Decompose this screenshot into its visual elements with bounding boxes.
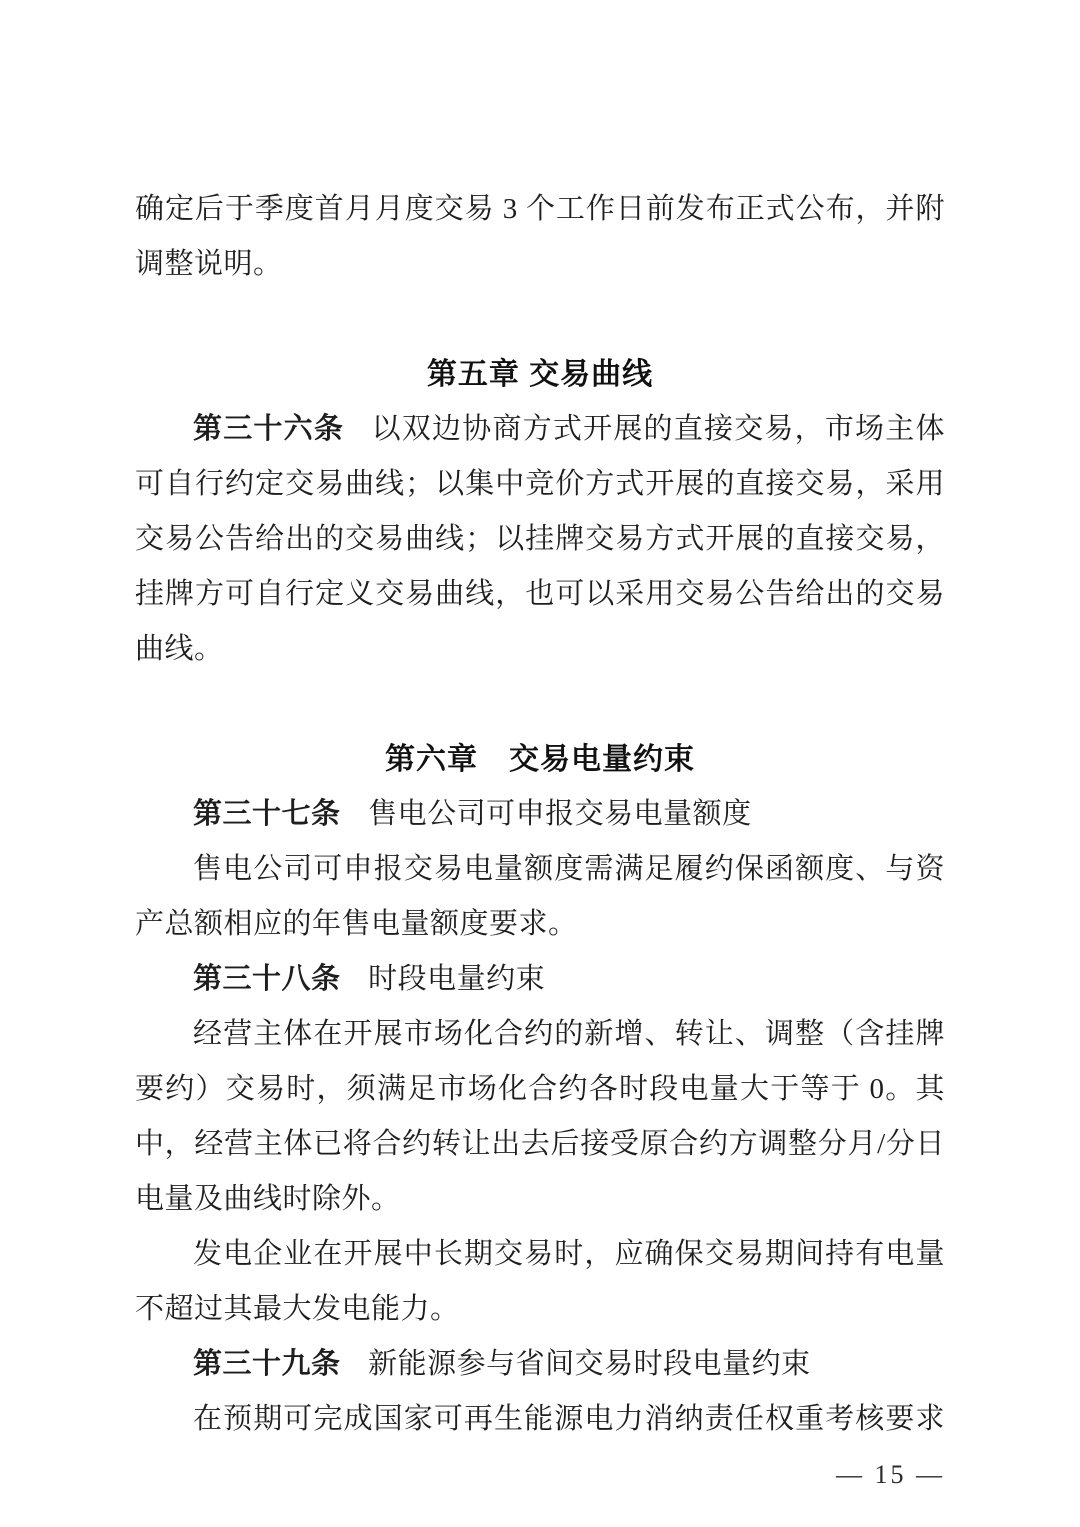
paragraph-body: 经营主体在开展市场化合约的新增、转让、调整（含挂牌要约）交易时，须满足市场化合约… bbox=[135, 1007, 945, 1227]
article-39-paragraph: 第三十九条新能源参与省间交易时段电量约束 bbox=[135, 1337, 945, 1392]
document-page: 确定后于季度首月月度交易 3 个工作日前发布正式公布，并附调整说明。 第五章 交… bbox=[0, 0, 1080, 1527]
article-39-number: 第三十九条 bbox=[193, 1348, 341, 1380]
article-39-text: 新能源参与省间交易时段电量约束 bbox=[368, 1348, 811, 1380]
chapter-heading-5: 第五章 交易曲线 bbox=[135, 347, 945, 402]
article-37-paragraph: 第三十七条售电公司可申报交易电量额度 bbox=[135, 787, 945, 842]
chapter-heading-6: 第六章 交易电量约束 bbox=[135, 732, 945, 787]
article-37-number: 第三十七条 bbox=[193, 798, 341, 830]
article-37-text: 售电公司可申报交易电量额度 bbox=[368, 798, 752, 830]
paragraph-body: 售电公司可申报交易电量额度需满足履约保函额度、与资产总额相应的年售电量额度要求。 bbox=[135, 842, 945, 952]
paragraph-continuation: 确定后于季度首月月度交易 3 个工作日前发布正式公布，并附调整说明。 bbox=[135, 182, 945, 292]
article-38-paragraph: 第三十八条时段电量约束 bbox=[135, 952, 945, 1007]
paragraph-body: 发电企业在开展中长期交易时，应确保交易期间持有电量不超过其最大发电能力。 bbox=[135, 1227, 945, 1337]
article-38-number: 第三十八条 bbox=[193, 963, 341, 995]
page-content: 确定后于季度首月月度交易 3 个工作日前发布正式公布，并附调整说明。 第五章 交… bbox=[0, 0, 1080, 1502]
page-number: — 15 — bbox=[135, 1447, 945, 1502]
paragraph-continuation-to-next-page: 在预期可完成国家可再生能源电力消纳责任权重考核要求 bbox=[135, 1392, 945, 1447]
article-38-text: 时段电量约束 bbox=[368, 963, 545, 995]
article-36-text: 以双边协商方式开展的直接交易，市场主体可自行约定交易曲线；以集中竞价方式开展的直… bbox=[135, 413, 945, 665]
article-36-paragraph: 第三十六条以双边协商方式开展的直接交易，市场主体可自行约定交易曲线；以集中竞价方… bbox=[135, 402, 945, 677]
article-36-number: 第三十六条 bbox=[193, 413, 344, 445]
